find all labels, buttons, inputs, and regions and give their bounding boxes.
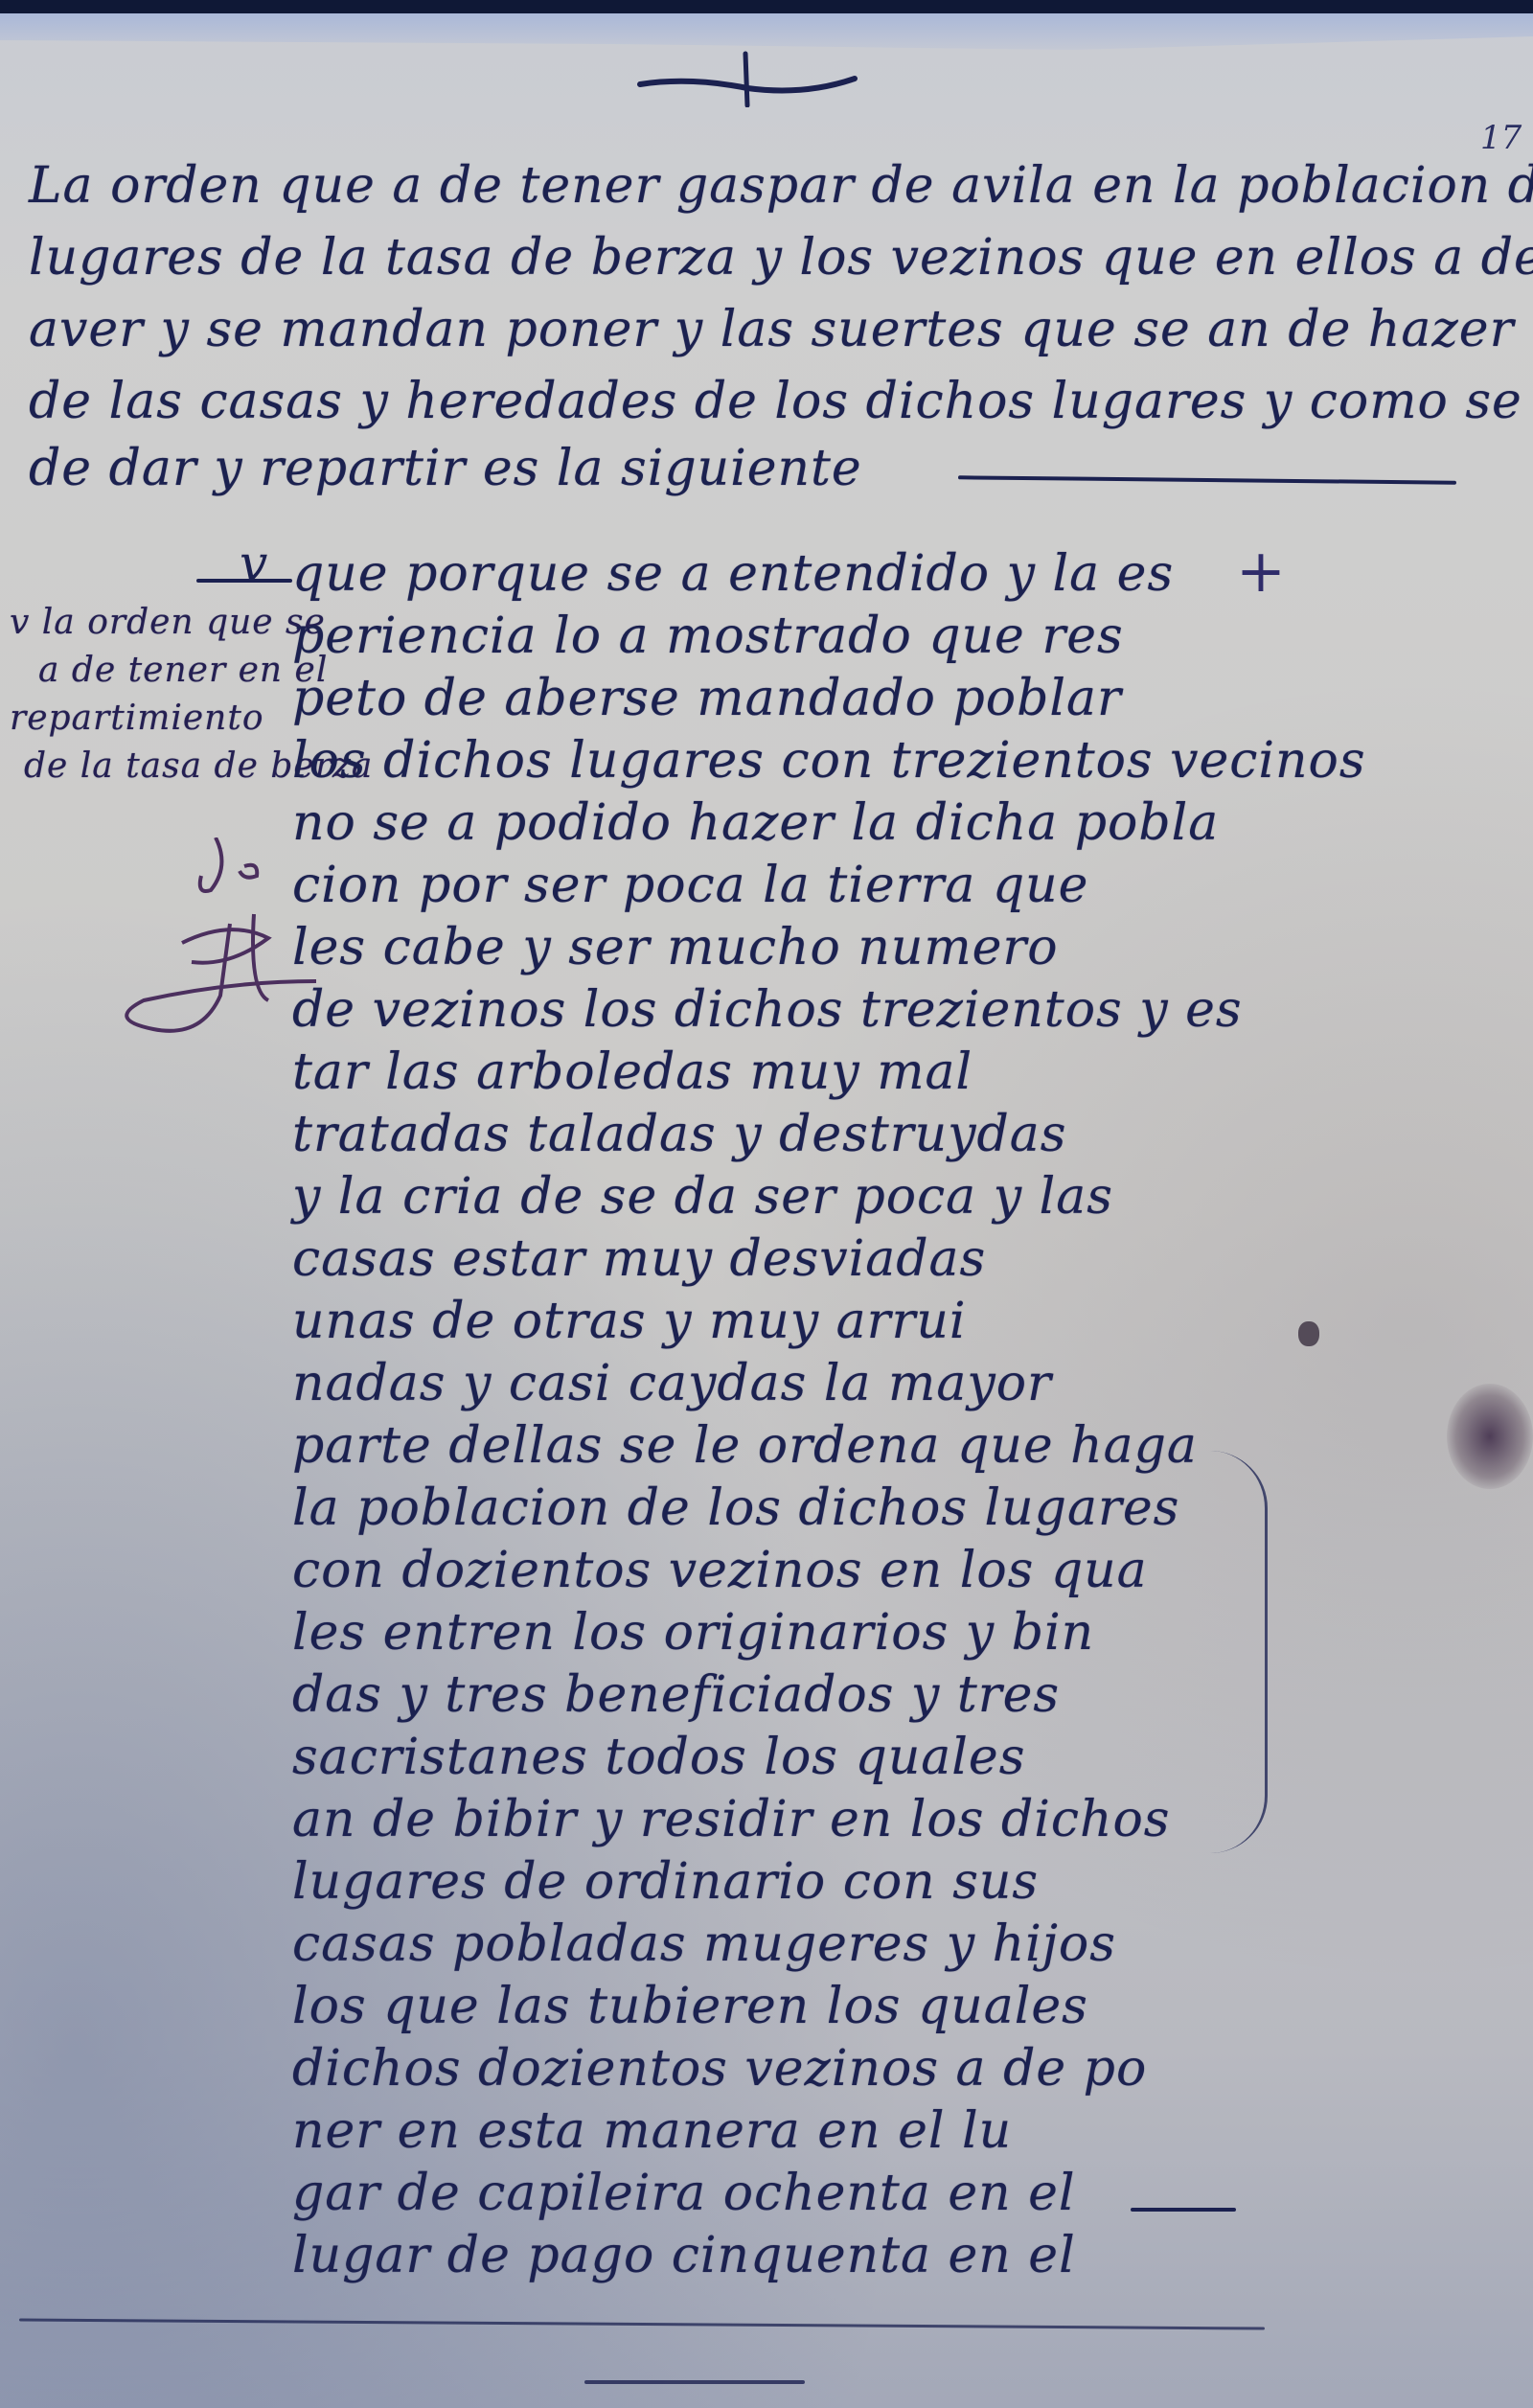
body-line: tar las arboledas muy mal [292,1043,972,1101]
body-line: con dozientos vezinos en los qua [292,1542,1148,1599]
body-line: los que las tubieren los quales [292,1978,1088,2035]
body-line: les entren los originarios y bin [292,1604,1094,1662]
header-line: de dar y repartir es la siguiente [29,440,862,497]
body-line: dichos dozientos vezinos a de po [292,2040,1147,2098]
body-line: les cabe y ser mucho numero [292,919,1059,976]
folio-number: 17 [1480,119,1522,157]
manuscript-page: 17 La orden que a de tener gaspar de avi… [0,13,1533,2408]
item-mark-underline [196,579,292,583]
body-line: gar de capileira ochenta en el [292,2165,1076,2222]
ink-stain [1447,1384,1533,1489]
header-end-rule [958,475,1456,484]
photo-frame-edge [0,0,1533,13]
line-end-flourish [1131,2208,1236,2212]
page-top-edge [0,13,1533,52]
closing-flourish [584,2380,805,2384]
margin-note-line: repartimiento [10,699,264,738]
body-line: an de bibir y residir en los dichos [292,1791,1170,1848]
body-line: peto de aberse mandado poblar [292,670,1122,727]
margin-bracket [1207,1451,1268,1853]
body-line: cion por ser poca la tierra que [292,857,1088,914]
body-line: nadas y casi caydas la mayor [292,1355,1052,1412]
margin-note-line: v la orden que se [10,603,326,642]
closing-rule [19,2318,1265,2329]
body-line: casas pobladas mugeres y hijos [292,1915,1116,1973]
body-line: los dichos lugares con trezientos vecino… [292,732,1366,790]
body-line: ner en esta manera en el lu [292,2102,1012,2160]
body-line: sacristanes todos los quales [292,1729,1025,1786]
ink-spot [1298,1321,1319,1346]
header-line: de las casas y heredades de los dichos l… [29,373,1533,430]
item-mark: v [240,536,267,593]
margin-note-line: a de tener en el [38,651,328,690]
body-line: lugares de ordinario con sus [292,1853,1039,1911]
body-line: casas estar muy desviadas [292,1230,986,1288]
body-line: lugar de pago cinquenta en el [292,2227,1076,2284]
body-line: que porque se a entendido y la es [292,545,1174,603]
cross-symbol-icon [632,50,862,107]
body-line: tratadas taladas y destruydas [292,1106,1066,1163]
body-line: unas de otras y muy arrui [292,1293,967,1350]
body-line: parte dellas se le ordena que haga [292,1417,1198,1475]
body-line: y la cria de se da ser poca y las [292,1168,1113,1226]
header-line: La orden que a de tener gaspar de avila … [29,157,1533,215]
body-line: de vezinos los dichos trezientos y es [292,981,1243,1039]
body-line: periencia lo a mostrado que res [292,608,1124,665]
header-line: lugares de la tasa de berza y los vezino… [29,229,1533,287]
body-line: no se a podido hazer la dicha pobla [292,794,1219,852]
marginal-plus-icon: + [1236,536,1286,606]
body-line: das y tres beneficiados y tres [292,1666,1060,1724]
body-line: la poblacion de los dichos lugares [292,1479,1179,1537]
rubric-signature-icon [86,837,316,1048]
header-line: aver y se mandan poner y las suertes que… [29,301,1514,358]
